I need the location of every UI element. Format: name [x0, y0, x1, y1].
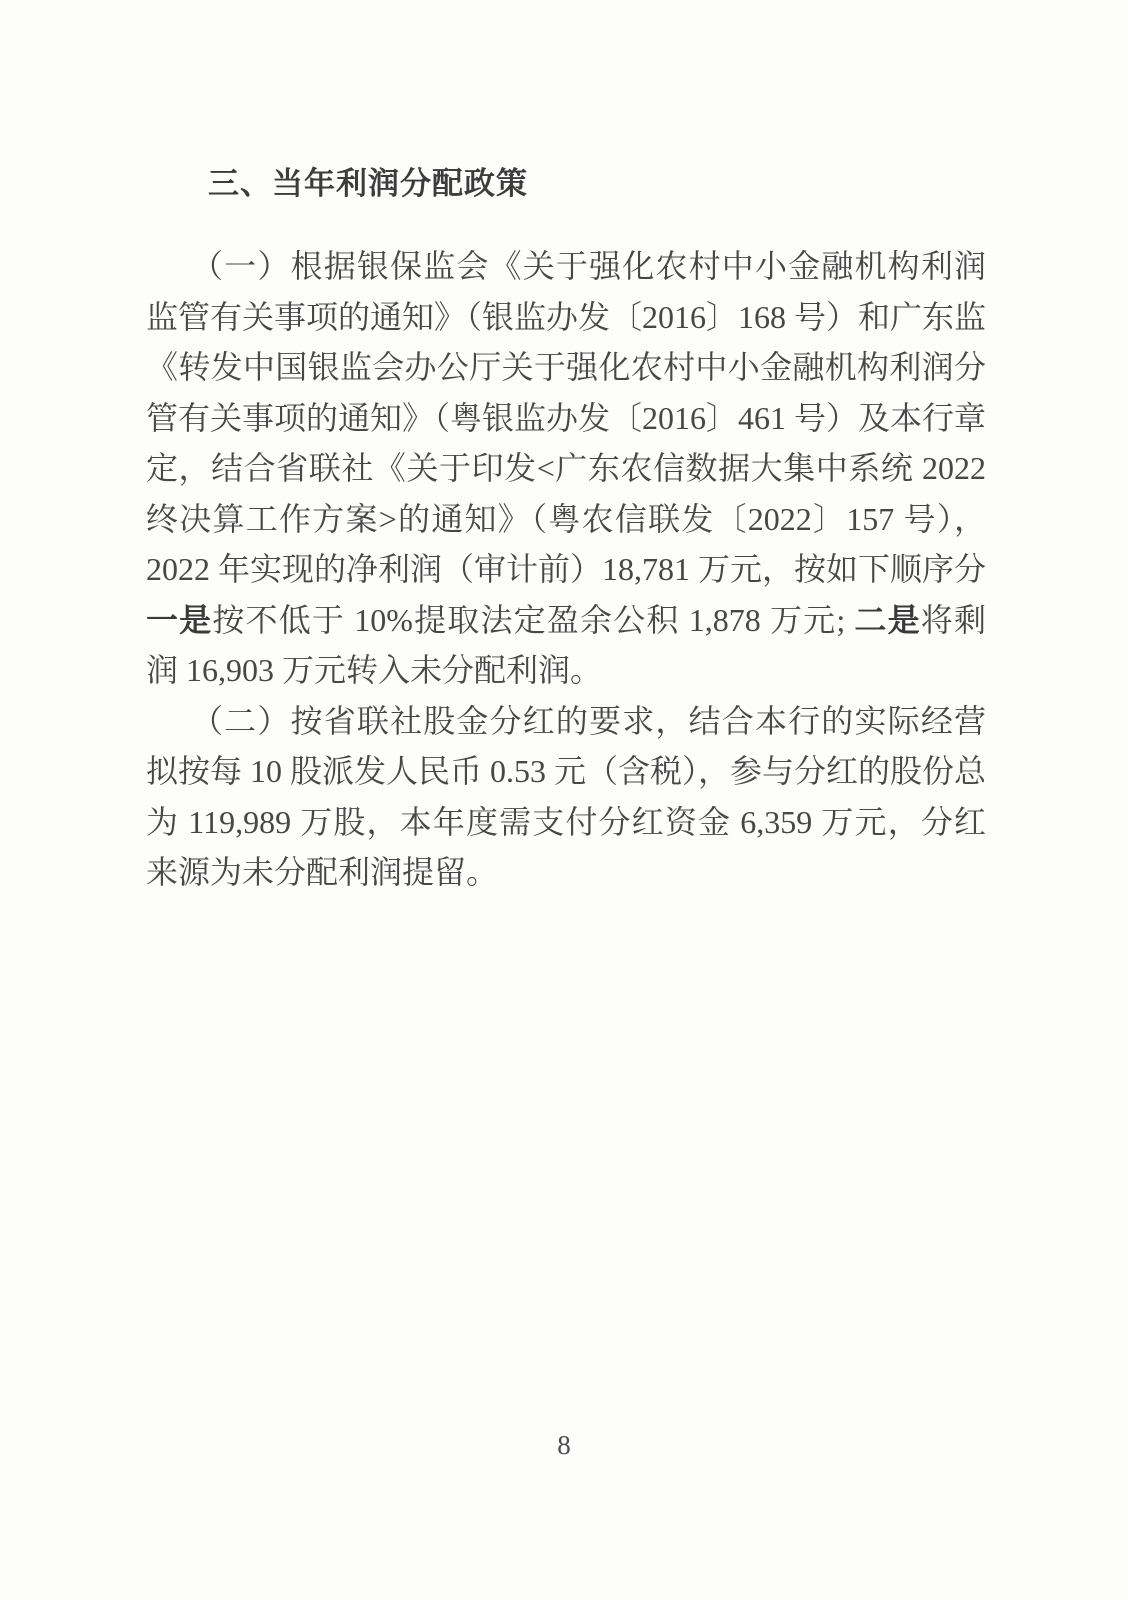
body-text: 终决算工作方案>的通知》（粤农信联发〔2022〕157 号），本行 — [146, 501, 986, 545]
body-text: 定，结合省联社《关于印发<广东农信数据大集中系统 2022 年年 — [146, 450, 986, 494]
body-line: 为 119,989 万股，本年度需支付分红资金 6,359 万元，分红资金 — [146, 797, 986, 848]
body-line: 一是按不低于 10%提取法定盈余公积 1,878 万元; 二是将剩余净利 — [146, 595, 986, 646]
body-line: 监管有关事项的通知》（银监办发〔2016〕168 号）和广东监管局 — [146, 292, 986, 343]
body-text: 来源为未分配利润提留。 — [146, 854, 498, 890]
body-text: 管有关事项的通知》（粤银监办发〔2016〕461 号）及本行章程规 — [146, 400, 986, 444]
body-text: （二）按省联社股金分红的要求，结合本行的实际经营状况， — [146, 703, 986, 747]
body-line: 润 16,903 万元转入未分配利润。 — [146, 645, 986, 696]
body-line: 管有关事项的通知》（粤银监办发〔2016〕461 号）及本行章程规 — [146, 393, 986, 444]
body-line: （二）按省联社股金分红的要求，结合本行的实际经营状况， — [146, 696, 986, 747]
body-text: 监管有关事项的通知》（银监办发〔2016〕168 号）和广东监管局 — [146, 299, 986, 343]
body-line: （一）根据银保监会《关于强化农村中小金融机构利润分配 — [146, 241, 986, 292]
document-page: 三、当年利润分配政策 （一）根据银保监会《关于强化农村中小金融机构利润分配 监管… — [0, 0, 1128, 1600]
body-text-emphasis: 二是 — [854, 602, 920, 638]
body-text: 为 119,989 万股，本年度需支付分红资金 6,359 万元，分红资金 — [146, 804, 986, 848]
document-content: 三、当年利润分配政策 （一）根据银保监会《关于强化农村中小金融机构利润分配 监管… — [146, 163, 986, 898]
body-line: 终决算工作方案>的通知》（粤农信联发〔2022〕157 号），本行 — [146, 494, 986, 545]
body-line: 2022 年实现的净利润（审计前）18,781 万元，按如下顺序分配: — [146, 544, 986, 595]
body-text: 《转发中国银监会办公厅关于强化农村中小金融机构利润分配监 — [146, 349, 986, 393]
section-heading: 三、当年利润分配政策 — [208, 163, 986, 205]
body-text: 拟按每 10 股派发人民币 0.53 元（含税），参与分红的股份总额 — [146, 753, 986, 797]
body-text-emphasis: 一是 — [146, 602, 212, 638]
page-number: 8 — [0, 1430, 1128, 1461]
body-text: 润 16,903 万元转入未分配利润。 — [146, 652, 602, 688]
body-text: （一）根据银保监会《关于强化农村中小金融机构利润分配 — [146, 248, 986, 292]
body-line: 定，结合省联社《关于印发<广东农信数据大集中系统 2022 年年 — [146, 443, 986, 494]
body-line: 拟按每 10 股派发人民币 0.53 元（含税），参与分红的股份总额 — [146, 746, 986, 797]
body-line: 《转发中国银监会办公厅关于强化农村中小金融机构利润分配监 — [146, 342, 986, 393]
body-line: 来源为未分配利润提留。 — [146, 847, 986, 898]
body-text: 2022 年实现的净利润（审计前）18,781 万元，按如下顺序分配: — [146, 551, 986, 595]
body-text: 按不低于 10%提取法定盈余公积 1,878 万元; — [212, 602, 854, 638]
